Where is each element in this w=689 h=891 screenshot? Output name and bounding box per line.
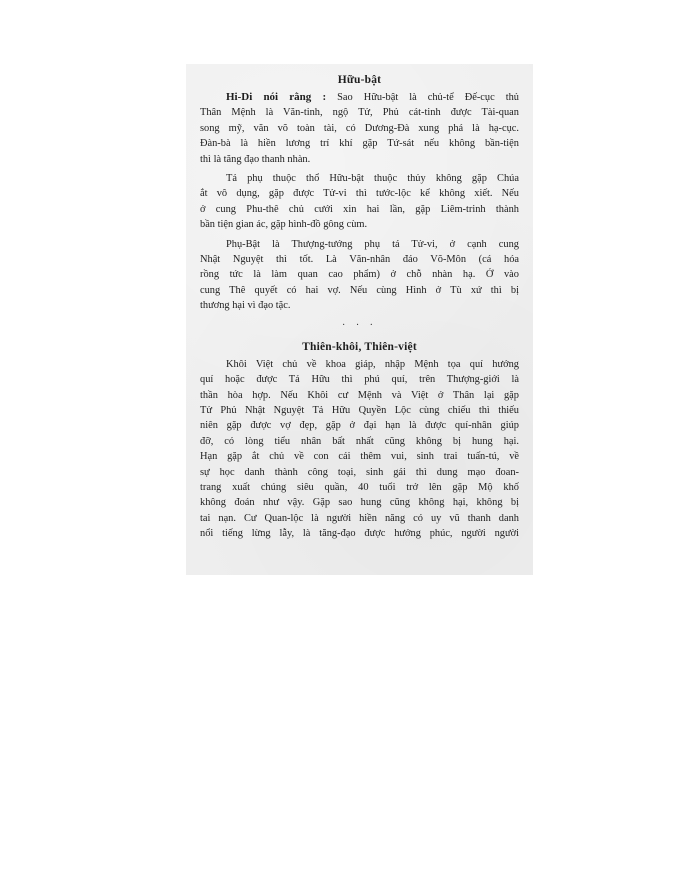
text-line: Hi-Di nói rằng : Sao Hữu-bật là chủ-tể Đ… xyxy=(200,90,519,105)
text-line: nổi tiếng lừng lẫy, là tăng-đạo được hưở… xyxy=(200,526,519,541)
paragraph-hi-di: Hi-Di nói rằng : Sao Hữu-bật là chủ-tể Đ… xyxy=(200,90,519,167)
text-line: tai nạn. Cư Quan-lộc là người hiền năng … xyxy=(200,511,519,526)
text-line: thương hại vì đạo tặc. xyxy=(200,298,519,313)
text-line: Khôi Việt chủ về khoa giáp, nhập Mệnh tọ… xyxy=(200,357,519,372)
text-line: Phụ-Bật là Thượng-tướng phụ tá Tử-vi, ở … xyxy=(200,237,519,252)
text-line: Tả phụ thuộc thổ Hữu-bật thuộc thủy khôn… xyxy=(200,171,519,186)
text-line: cung Thê quyết có hai vợ. Nếu cùng Hình … xyxy=(200,283,519,298)
text-line: ắt vô dụng, gặp được Tử-vi thì tước-lộc … xyxy=(200,186,519,201)
text-line: rồng tức là làm quan cao phẩm) ở chỗ nhà… xyxy=(200,267,519,282)
text-line: đỡ, có lòng tiểu nhân bất nhất cũng khôn… xyxy=(200,434,519,449)
text-line: không đoán như vậy. Gặp sao hung cũng kh… xyxy=(200,495,519,510)
paragraph-phu-bat: Phụ-Bật là Thượng-tướng phụ tá Tử-vi, ở … xyxy=(200,237,519,314)
scanned-page: Hữu-bật Hi-Di nói rằng : Sao Hữu-bật là … xyxy=(186,64,533,575)
text-line: thần hòa hợp. Nếu Khôi cư Mệnh và Việt ở… xyxy=(200,388,519,403)
text-line: Thân Mệnh là Văn-tinh, ngộ Tử, Phủ cát-t… xyxy=(200,105,519,120)
section-title-huu-bat: Hữu-bật xyxy=(200,74,519,86)
text-line: trang xuất chúng siêu quần, 40 tuổi trở … xyxy=(200,480,519,495)
section-ornament: · · · xyxy=(200,320,519,331)
text-line: quí hoặc được Tả Hữu thì phú quí, trên T… xyxy=(200,372,519,387)
text-line: Hạn gặp ắt chủ về con cái thêm vui, sinh… xyxy=(200,449,519,464)
section-title-thien-khoi: Thiên-khôi, Thiên-việt xyxy=(200,341,519,353)
text-line: Tử Phủ Nhật Nguyệt Tả Hữu Quyền Lộc cùng… xyxy=(200,403,519,418)
text-line: bần tiện gian ác, gặp hình-đồ gông cùm. xyxy=(200,217,519,232)
text-line: Nhật Nguyệt thì tốt. Là Văn-nhân đáo Võ-… xyxy=(200,252,519,267)
text-line: niên gặp được vợ đẹp, gặp ở đại hạn là đ… xyxy=(200,418,519,433)
text-line: ở cung Phu-thê chủ cưới xin hai lần, gặp… xyxy=(200,202,519,217)
paragraph-khoi-viet: Khôi Việt chủ về khoa giáp, nhập Mệnh tọ… xyxy=(200,357,519,542)
paragraph-ta-phu: Tả phụ thuộc thổ Hữu-bật thuộc thủy khôn… xyxy=(200,171,519,233)
text-line: sự học danh thành công toại, sinh gái th… xyxy=(200,465,519,480)
text-line: song mỹ, văn võ toàn tài, có Dương-Đà xu… xyxy=(200,121,519,136)
text-line: thì là tăng đạo thanh nhàn. xyxy=(200,152,519,167)
lead-phrase: Hi-Di nói rằng : xyxy=(226,91,326,103)
text-line: Đàn-bà là hiền lương trí khí gặp Tứ-sát … xyxy=(200,136,519,151)
